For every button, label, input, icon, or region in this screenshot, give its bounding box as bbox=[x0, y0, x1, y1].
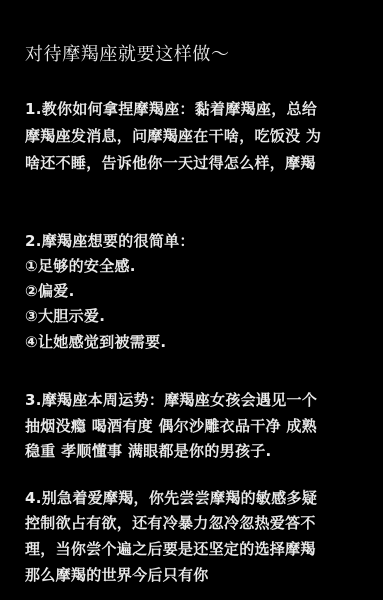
section-1-line-3: 啥还不睡，告诉他你一天过得怎么样，摩羯 bbox=[25, 153, 316, 173]
section-3-line-2: 抽烟没瘾 喝酒有度 偶尔沙雕衣品干净 成熟 bbox=[25, 416, 317, 436]
section-4-line-1: 4.别急着爱摩羯，你先尝尝摩羯的敏感多疑 bbox=[25, 488, 317, 508]
section-2-item-4: ④让她感觉到被需要. bbox=[25, 332, 166, 352]
section-4-line-2: 控制欲占有欲，还有冷暴力忽冷忽热爱答不 bbox=[25, 513, 316, 533]
section-4-line-4: 那么摩羯的世界今后只有你 bbox=[25, 565, 209, 585]
section-4-line-3: 理，当你尝个遍之后要是还坚定的选择摩羯 bbox=[25, 539, 316, 559]
section-1-line-2: 摩羯座发消息，问摩羯座在干啥，吃饭没 为 bbox=[25, 126, 321, 146]
section-3-line-3: 稳重 孝顺懂事 满眼都是你的男孩子. bbox=[25, 441, 272, 461]
section-2-item-3: ③大胆示爱. bbox=[25, 306, 105, 326]
page-title: 对待摩羯座就要这样做～ bbox=[25, 44, 230, 66]
section-2-item-2: ②偏爱. bbox=[25, 281, 75, 301]
section-3-line-1: 3.摩羯座本周运势：摩羯座女孩会遇见一个 bbox=[25, 390, 317, 410]
section-1-line-1: 1.教你如何拿捏摩羯座：黏着摩羯座，总给 bbox=[25, 99, 317, 119]
section-2-item-1: ①足够的安全感. bbox=[25, 256, 136, 276]
section-2-heading: 2.摩羯座想要的很简单： bbox=[25, 231, 195, 251]
